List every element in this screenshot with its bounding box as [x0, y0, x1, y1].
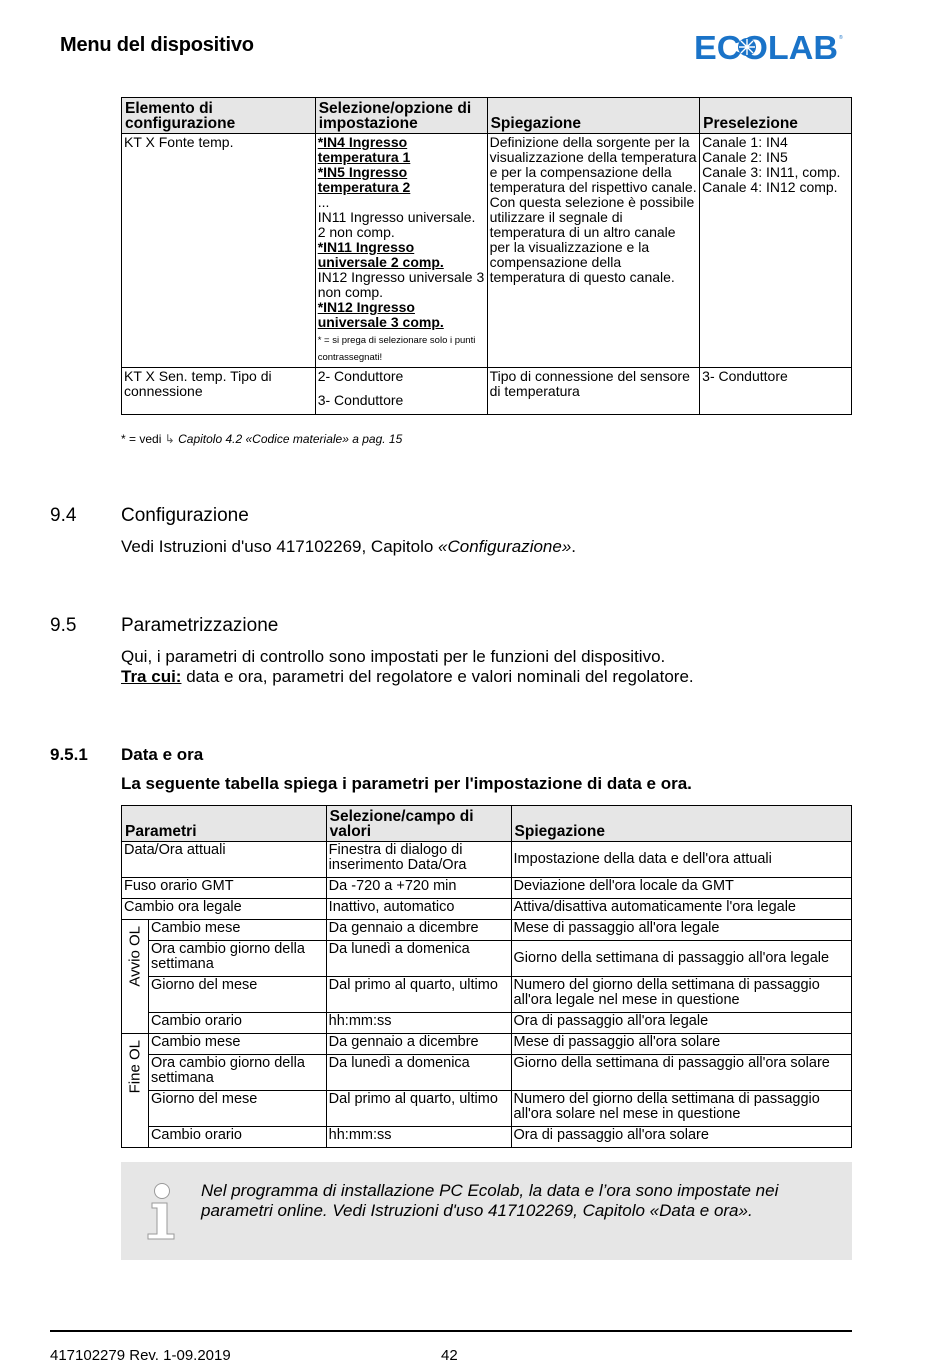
- section-title: Configurazione: [121, 505, 249, 527]
- option-marked: *IN11 Ingresso universale 2 comp.: [318, 240, 485, 270]
- preselection-item: Canale 3: IN11, comp.: [702, 165, 849, 180]
- cell-explanation: Mese di passaggio all'ora legale: [511, 920, 851, 941]
- page-number: 42: [441, 1347, 458, 1362]
- footnote-reference-link[interactable]: Capitolo 4.2 «Codice materiale» a pag. 1…: [178, 432, 402, 446]
- info-icon: [145, 1182, 179, 1242]
- section-title: Parametrizzazione: [121, 615, 278, 637]
- cell-param: Giorno del mese: [148, 1091, 326, 1127]
- section-number: 9.4: [50, 505, 76, 527]
- cell-explanation: Tipo di connessione del sensore di tempe…: [487, 368, 700, 415]
- cell-values: Da -720 a +720 min: [326, 878, 511, 899]
- table-row: Giorno del mese Dal primo al quarto, ult…: [122, 1091, 852, 1127]
- option-ellipsis: ...: [318, 195, 485, 210]
- cell-explanation: Attiva/disattiva automaticamente l'ora l…: [511, 899, 851, 920]
- cell-element: KT X Fonte temp.: [122, 134, 316, 368]
- cell-explanation: Numero del giorno della settimana di pas…: [511, 977, 851, 1013]
- table-row: Cambio orario hh:mm:ss Ora di passaggio …: [122, 1127, 852, 1148]
- cell-param: Giorno del mese: [148, 977, 326, 1013]
- footnote-prefix: * = vedi: [121, 432, 161, 446]
- table-row: KT X Sen. temp. Tipo di connessione 2- C…: [122, 368, 852, 415]
- cross-reference-arrow-icon: ↳: [165, 432, 175, 446]
- cell-values: Finestra di dialogo di inserimento Data/…: [326, 842, 511, 878]
- cell-param: Cambio mese: [148, 920, 326, 941]
- cell-param: Ora cambio giorno della settimana: [148, 1055, 326, 1091]
- table-row: Avvio OL Cambio mese Da gennaio a dicemb…: [122, 920, 852, 941]
- cell-values: Da gennaio a dicembre: [326, 920, 511, 941]
- group-cell-avvio-ol: Avvio OL: [122, 920, 149, 1034]
- preselection-item: Canale 4: IN12 comp.: [702, 180, 849, 195]
- cell-options: 2- Conduttore 3- Conduttore: [315, 368, 487, 415]
- table-row: Cambio orario hh:mm:ss Ora di passaggio …: [122, 1013, 852, 1034]
- cell-values: hh:mm:ss: [326, 1127, 511, 1148]
- cell-param: Cambio mese: [148, 1034, 326, 1055]
- cell-element: KT X Sen. temp. Tipo di connessione: [122, 368, 316, 415]
- section-body: Vedi Istruzioni d'uso 417102269, Capitol…: [121, 537, 576, 557]
- header-valori: Selezione/campo di valori: [326, 806, 511, 842]
- option: 2- Conduttore: [318, 369, 485, 384]
- body-text: Vedi Istruzioni d'uso 417102269, Capitol…: [121, 537, 438, 556]
- table-intro: La seguente tabella spiega i parametri p…: [121, 774, 692, 794]
- page-header-title: Menu del dispositivo: [60, 34, 254, 57]
- cell-param: Ora cambio giorno della settimana: [148, 941, 326, 977]
- section-body: Qui, i parametri di controllo sono impos…: [121, 647, 694, 687]
- cell-explanation: Giorno della settimana di passaggio all'…: [511, 941, 851, 977]
- header-selezione: Selezione/opzione di impostazione: [315, 98, 487, 134]
- ecolab-logo-icon: ECOLAB ®: [694, 30, 844, 62]
- option-marked: *IN5 Ingresso temperatura 2: [318, 165, 485, 195]
- cell-explanation: Ora di passaggio all'ora legale: [511, 1013, 851, 1034]
- info-note-text: Nel programma di installazione PC Ecolab…: [201, 1181, 821, 1221]
- cell-explanation: Definizione della sorgente per la visual…: [487, 134, 700, 368]
- cell-param: Data/Ora attuali: [122, 842, 327, 878]
- cell-preselection: 3- Conduttore: [700, 368, 852, 415]
- body-text: .: [571, 537, 576, 556]
- header-elemento: Elemento di configurazione: [122, 98, 316, 134]
- header-spiegazione: Spiegazione: [487, 98, 700, 134]
- table-row: Cambio ora legale Inattivo, automatico A…: [122, 899, 852, 920]
- footer-document-id: 417102279 Rev. 1-09.2019: [50, 1347, 231, 1362]
- table-row: Data/Ora attuali Finestra di dialogo di …: [122, 842, 852, 878]
- footer-divider: [50, 1330, 852, 1332]
- table-header-row: Elemento di configurazione Selezione/opz…: [122, 98, 852, 134]
- table-row: Fine OL Cambio mese Da gennaio a dicembr…: [122, 1034, 852, 1055]
- body-line: Tra cui: data e ora, parametri del regol…: [121, 667, 694, 687]
- cell-param: Fuso orario GMT: [122, 878, 327, 899]
- preselection-item: Canale 2: IN5: [702, 150, 849, 165]
- group-cell-fine-ol: Fine OL: [122, 1034, 149, 1148]
- footnote: * = vedi ↳ Capitolo 4.2 «Codice material…: [121, 432, 402, 446]
- cell-preselection: Canale 1: IN4 Canale 2: IN5 Canale 3: IN…: [700, 134, 852, 368]
- table-row: KT X Fonte temp. *IN4 Ingresso temperatu…: [122, 134, 852, 368]
- body-text: data e ora, parametri del regolatore e v…: [181, 667, 693, 686]
- header-parametri: Parametri: [122, 806, 327, 842]
- table-row: Fuso orario GMT Da -720 a +720 min Devia…: [122, 878, 852, 899]
- emphasis-label: Tra cui:: [121, 667, 181, 686]
- cell-explanation: Mese di passaggio all'ora solare: [511, 1034, 851, 1055]
- cell-explanation: Impostazione della data e dell'ora attua…: [511, 842, 851, 878]
- svg-text:ECOLAB: ECOLAB: [694, 30, 838, 62]
- cell-param: Cambio orario: [148, 1127, 326, 1148]
- cell-options: *IN4 Ingresso temperatura 1 *IN5 Ingress…: [315, 134, 487, 368]
- cell-values: Da gennaio a dicembre: [326, 1034, 511, 1055]
- cell-values: Da lunedì a domenica: [326, 941, 511, 977]
- body-line: Qui, i parametri di controllo sono impos…: [121, 647, 694, 667]
- table-row: Giorno del mese Dal primo al quarto, ult…: [122, 977, 852, 1013]
- table-row: Ora cambio giorno della settimana Da lun…: [122, 941, 852, 977]
- info-note: Nel programma di installazione PC Ecolab…: [121, 1162, 852, 1260]
- options-note: * = si prega di selezionare solo i punti…: [318, 332, 485, 366]
- cell-values: Inattivo, automatico: [326, 899, 511, 920]
- option: 3- Conduttore: [318, 393, 485, 408]
- cell-values: Dal primo al quarto, ultimo: [326, 1091, 511, 1127]
- chapter-reference-link[interactable]: «Configurazione»: [438, 537, 571, 556]
- cell-explanation: Ora di passaggio all'ora solare: [511, 1127, 851, 1148]
- table-header-row: Parametri Selezione/campo di valori Spie…: [122, 806, 852, 842]
- preselection-item: Canale 1: IN4: [702, 135, 849, 150]
- subsection-number: 9.5.1: [50, 745, 88, 765]
- header-spiegazione: Spiegazione: [511, 806, 851, 842]
- header-preselezione: Preselezione: [700, 98, 852, 134]
- ecolab-logo: ECOLAB ®: [694, 30, 844, 62]
- option-marked: *IN4 Ingresso temperatura 1: [318, 135, 485, 165]
- section-number: 9.5: [50, 615, 76, 637]
- cell-values: Da lunedì a domenica: [326, 1055, 511, 1091]
- option: IN11 Ingresso universale. 2 non comp.: [318, 210, 485, 240]
- cell-explanation: Numero del giorno della settimana di pas…: [511, 1091, 851, 1127]
- cell-values: Dal primo al quarto, ultimo: [326, 977, 511, 1013]
- svg-text:®: ®: [839, 34, 843, 41]
- option-marked: *IN12 Ingresso universale 3 comp.: [318, 300, 485, 330]
- subsection-title: Data e ora: [121, 745, 203, 765]
- group-label: Fine OL: [127, 1040, 142, 1093]
- datetime-parameters-table: Parametri Selezione/campo di valori Spie…: [121, 805, 852, 1148]
- cell-param: Cambio ora legale: [122, 899, 327, 920]
- group-label: Avvio OL: [127, 926, 142, 987]
- cell-values: hh:mm:ss: [326, 1013, 511, 1034]
- configuration-table: Elemento di configurazione Selezione/opz…: [121, 97, 852, 415]
- cell-param: Cambio orario: [148, 1013, 326, 1034]
- cell-explanation: Deviazione dell'ora locale da GMT: [511, 878, 851, 899]
- cell-explanation: Giorno della settimana di passaggio all'…: [511, 1055, 851, 1091]
- table-row: Ora cambio giorno della settimana Da lun…: [122, 1055, 852, 1091]
- option: IN12 Ingresso universale 3 non comp.: [318, 270, 485, 300]
